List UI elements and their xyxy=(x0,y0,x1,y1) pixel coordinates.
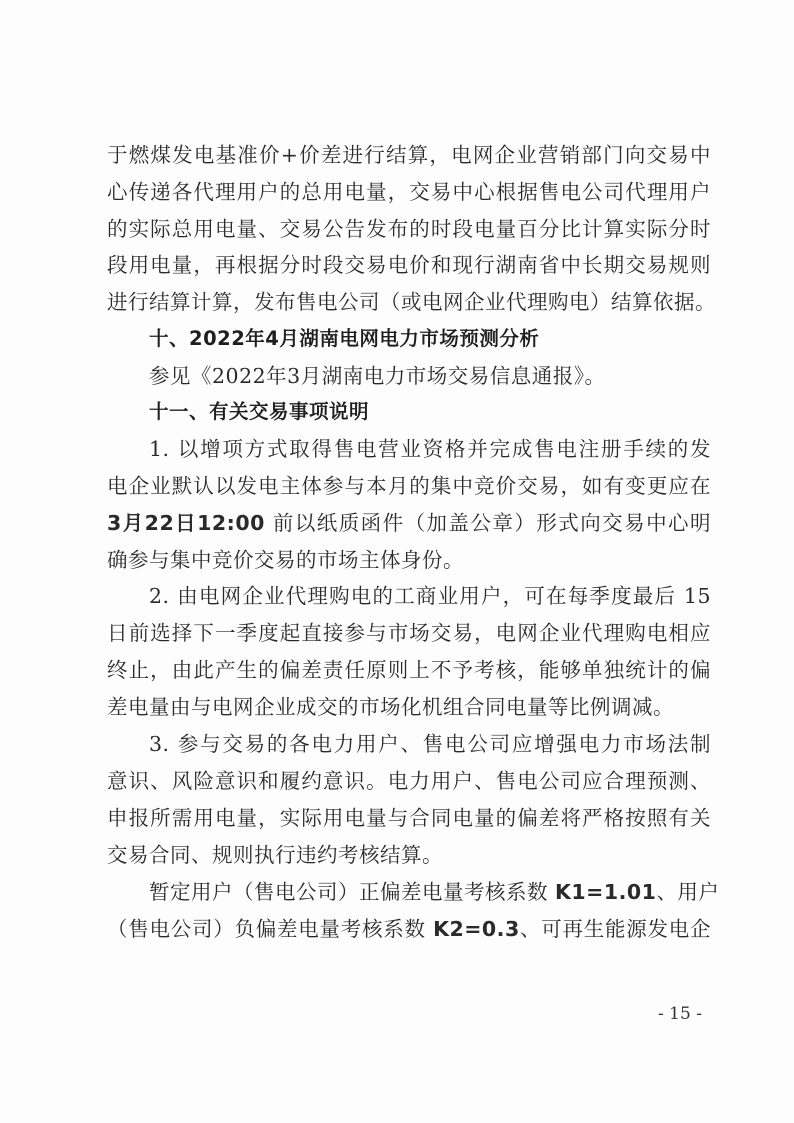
item-1-line: 电企业默认以发电主体参与本月的集中竞价交易，如有变更应在 xyxy=(107,468,711,504)
coefficients-line: （售电公司）负偏差电量考核系数 K2=0.3、可再生能源发电企 xyxy=(107,911,711,947)
document-page: 于燃煤发电基准价+价差进行结算，电网企业营销部门向交易中 心传递各代理用户的总用… xyxy=(0,0,794,1123)
coefficients-line: 暂定用户（售电公司）正偏差电量考核系数 K1=1.01、用户 xyxy=(149,874,711,910)
paragraph-line: 的实际总用电量、交易公告发布的时段电量百分比计算实际分时 xyxy=(107,211,711,247)
item-3-line: 3. 参与交易的各电力用户、售电公司应增强电力市场法制 xyxy=(149,726,711,762)
item-1-text: 前以纸质函件（加盖公章）形式向交易中心明 xyxy=(273,511,711,535)
item-2-line: 日前选择下一季度起直接参与市场交易，电网企业代理购电相应 xyxy=(107,615,711,651)
coefficients-text: 、用户 xyxy=(656,880,719,904)
item-2-line: 差电量由与电网企业成交的市场化机组合同电量等比例调减。 xyxy=(107,689,711,725)
item-2-line: 2. 由电网企业代理购电的工商业用户，可在每季度最后 15 xyxy=(149,578,711,614)
paragraph-line: 于燃煤发电基准价+价差进行结算，电网企业营销部门向交易中 xyxy=(107,137,711,173)
item-3-line: 意识、风险意识和履约意识。电力用户、售电公司应合理预测、 xyxy=(107,763,711,799)
coefficients-text: 、可再生能源发电企 xyxy=(520,917,711,941)
item-3-line: 交易合同、规则执行违约考核结算。 xyxy=(107,837,711,873)
section-10-heading: 十、2022年4月湖南电网电力市场预测分析 xyxy=(149,321,711,357)
k2-value: K2=0.3 xyxy=(433,917,520,941)
coefficients-text: （售电公司）负偏差电量考核系数 xyxy=(107,917,426,941)
section-10-body: 参见《2022年3月湖南电力市场交易信息通报》。 xyxy=(149,358,711,394)
deadline-text: 3月22日12:00 xyxy=(107,511,265,535)
coefficients-text: 暂定用户（售电公司）正偏差电量考核系数 xyxy=(149,880,548,904)
paragraph-line: 段用电量，再根据分时段交易电价和现行湖南省中长期交易规则 xyxy=(107,247,711,283)
item-1-line: 1. 以增项方式取得售电营业资格并完成售电注册手续的发 xyxy=(149,431,711,467)
k1-value: K1=1.01 xyxy=(555,880,656,904)
item-2-line: 终止，由此产生的偏差责任原则上不予考核，能够单独统计的偏 xyxy=(107,652,711,688)
paragraph-line: 心传递各代理用户的总用电量，交易中心根据售电公司代理用户 xyxy=(107,174,711,210)
item-1-line: 3月22日12:00 前以纸质函件（加盖公章）形式向交易中心明 xyxy=(107,505,711,541)
page-number: - 15 - xyxy=(640,1004,720,1024)
section-11-heading: 十一、有关交易事项说明 xyxy=(149,394,711,430)
item-3-line: 申报所需用电量，实际用电量与合同电量的偏差将严格按照有关 xyxy=(107,800,711,836)
paragraph-line: 进行结算计算，发布售电公司（或电网企业代理购电）结算依据。 xyxy=(107,284,711,320)
item-1-line: 确参与集中竞价交易的市场主体身份。 xyxy=(107,542,711,578)
